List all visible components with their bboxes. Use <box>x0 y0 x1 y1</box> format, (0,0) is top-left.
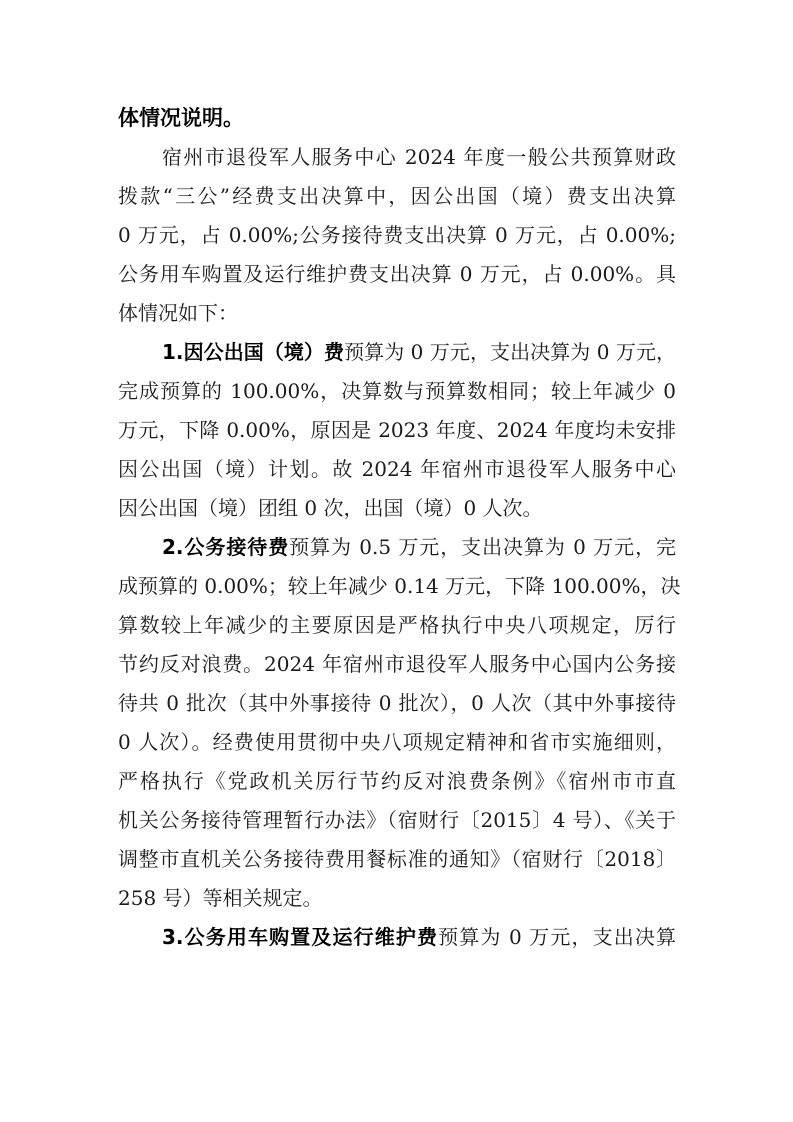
section-number: 3. <box>162 925 184 949</box>
intro-line: 体情况如下： <box>118 294 676 333</box>
section-first-line: 3.公务用车购置及运行维护费预算为 0 万元，支出决算 <box>118 918 676 957</box>
section-first-line: 1.因公出国（境）费预算为 0 万元，支出决算为 0 万元， <box>118 333 676 372</box>
section-line: 节约反对浪费。2024 年宿州市退役军人服务中心国内公务接 <box>118 645 676 684</box>
section-line: 因公出国（境）计划。故 2024 年宿州市退役军人服务中心 <box>118 450 676 489</box>
intro-line: 公务用车购置及运行维护费支出决算 0 万元，占 0.00%。具 <box>118 255 676 294</box>
section-line: 调整市直机关公务接待费用餐标准的通知》（宿财行〔2018〕 <box>118 840 676 879</box>
section-number: 2. <box>162 535 184 559</box>
section-number: 1. <box>162 340 184 364</box>
section-line: 因公出国（境）团组 0 次，出国（境）0 人次。 <box>118 489 676 528</box>
section-line: 算数较上年减少的主要原因是严格执行中央八项规定，厉行 <box>118 606 676 645</box>
section-line: 机关公务接待管理暂行办法》（宿财行〔2015〕4 号）、《关于 <box>118 801 676 840</box>
section-text: 预算为 0 万元，支出决算 <box>438 925 676 949</box>
section-title: 公务接待费 <box>184 535 290 559</box>
section-official-vehicles: 3.公务用车购置及运行维护费预算为 0 万元，支出决算 <box>118 918 676 957</box>
document-page: 体情况说明。 宿州市退役军人服务中心 2024 年度一般公共预算财政 拨款“三公… <box>118 98 676 957</box>
intro-line: 0 万元，占 0.00%;公务接待费支出决算 0 万元，占 0.00%; <box>118 216 676 255</box>
section-overseas-travel: 1.因公出国（境）费预算为 0 万元，支出决算为 0 万元， 完成预算的 100… <box>118 333 676 528</box>
section-line: 严格执行《党政机关厉行节约反对浪费条例》《宿州市市直 <box>118 762 676 801</box>
section-text: 预算为 0.5 万元，支出决算为 0 万元，完 <box>289 535 676 559</box>
section-line: 万元，下降 0.00%，原因是 2023 年度、2024 年度均未安排 <box>118 411 676 450</box>
section-heading-fragment: 体情况说明。 <box>118 98 676 138</box>
section-line: 待共 0 批次（其中外事接待 0 批次），0 人次（其中外事接待 <box>118 684 676 723</box>
intro-line: 拨款“三公”经费支出决算中，因公出国（境）费支出决算 <box>118 177 676 216</box>
section-title: 因公出国（境）费 <box>184 340 345 364</box>
section-official-reception: 2.公务接待费预算为 0.5 万元，支出决算为 0 万元，完 成预算的 0.00… <box>118 528 676 918</box>
section-title: 公务用车购置及运行维护费 <box>184 925 439 949</box>
intro-line: 宿州市退役军人服务中心 2024 年度一般公共预算财政 <box>118 138 676 177</box>
section-line: 258 号）等相关规定。 <box>118 879 676 918</box>
section-text: 预算为 0 万元，支出决算为 0 万元， <box>344 340 676 364</box>
section-line: 完成预算的 100.00%，决算数与预算数相同；较上年减少 0 <box>118 372 676 411</box>
section-first-line: 2.公务接待费预算为 0.5 万元，支出决算为 0 万元，完 <box>118 528 676 567</box>
section-line: 0 人次）。经费使用贯彻中央八项规定精神和省市实施细则， <box>118 723 676 762</box>
section-line: 成预算的 0.00%；较上年减少 0.14 万元，下降 100.00%，决 <box>118 567 676 606</box>
intro-paragraph: 宿州市退役军人服务中心 2024 年度一般公共预算财政 拨款“三公”经费支出决算… <box>118 138 676 333</box>
